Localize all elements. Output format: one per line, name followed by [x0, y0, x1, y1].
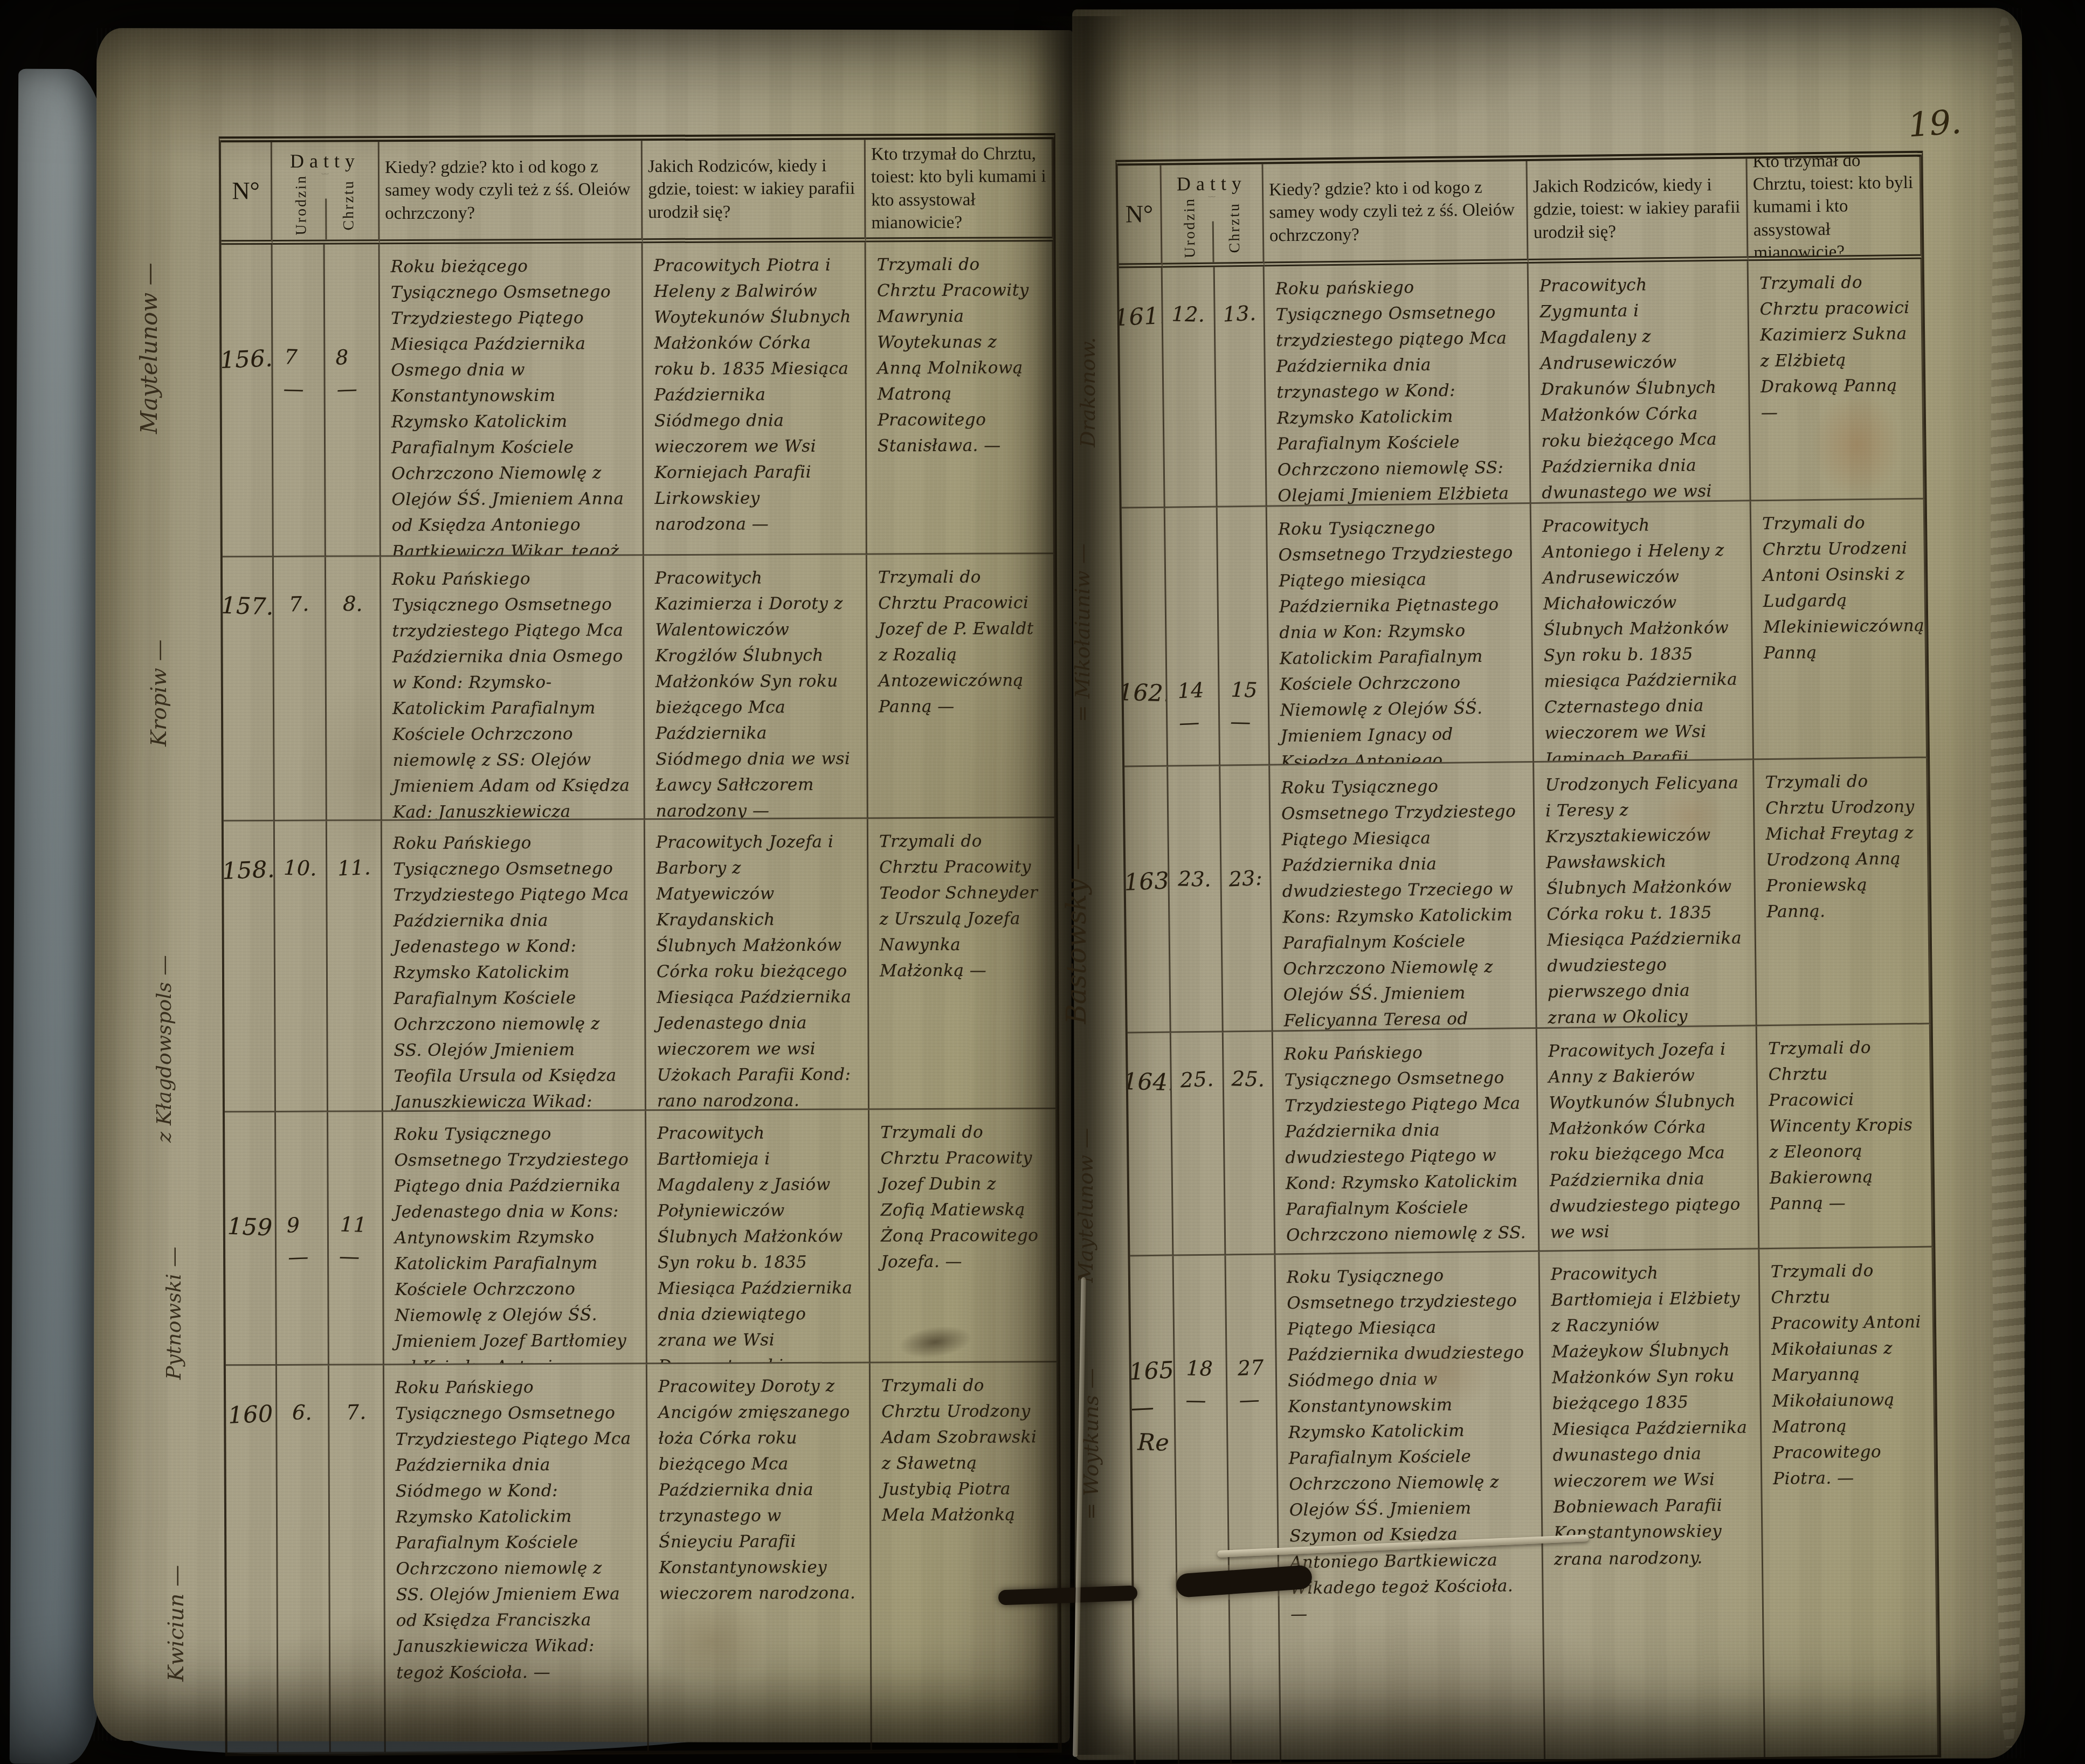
baptism-text-cell: Roku Tysiącznego Osmsetnego Trzydziesteg… — [1270, 763, 1537, 1032]
godparents-text-cell: Trzymali do Chrztu pracowici Kazimierz S… — [1749, 259, 1925, 502]
gutter-note: Maytelunow — — [1074, 1128, 1097, 1283]
chrztu-label: Chrztu — [1226, 202, 1244, 253]
margin-note: Kropiw — — [147, 640, 171, 746]
godparents-text-cell: Trzymali do Chrztu Urodzeni Antoni Osins… — [1751, 500, 1928, 760]
header-datty: Datty Urodzin Chrztu — [1162, 164, 1265, 268]
datty-label: Datty — [290, 149, 360, 172]
birth-date-cell: 18— — [1173, 1255, 1232, 1764]
baptism-date-cell: 8— — [325, 244, 381, 557]
scanned-register-spread: N° Datty Urodzin Chrztu Kiedy? gdzie? kt… — [0, 0, 2085, 1764]
no-header-label: N° — [232, 175, 260, 207]
baptism-text-cell: Roku Pańskiego Tysiącznego Osmsetnego Tr… — [384, 1364, 649, 1753]
godparents-text-cell: Trzymali do Chrztu Pracowity Teodor Schn… — [868, 818, 1057, 1110]
subcolumn-divider — [325, 199, 327, 240]
right-register-table: N° Datty Urodzin Chrztu Kiedy? gdzie? kt… — [1115, 151, 1941, 1764]
birth-date-cell: 9— — [276, 1112, 329, 1366]
datty-label: Datty — [1177, 172, 1247, 195]
chrztu-label: Chrztu — [340, 179, 357, 230]
header-godparents: Kto trzymał do Chrztu, toiest: kto byli … — [1747, 157, 1922, 261]
godparents-header-label: Kto trzymał do Chrztu, toiest: kto byli … — [871, 142, 1047, 234]
entry-number: 157. — [223, 557, 275, 821]
baptism-date-cell: 13. — [1215, 267, 1267, 508]
entry-number: 156. — [222, 245, 274, 557]
header-baptism: Kiedy? gdzie? kto i od kogo z samey wody… — [379, 141, 643, 244]
entry-number: 163 — [1124, 767, 1171, 1034]
urodzin-label: Urodzin — [293, 175, 310, 236]
entry-note: Re — [1137, 1425, 1169, 1462]
margin-note: Maytelunow — — [136, 262, 162, 434]
baptism-text-cell: Roku Pańskiego Tysiącznego Osmsetnego Tr… — [382, 820, 646, 1112]
header-parents: Jakich Rodziców, kiedy i gdzie, toiest: … — [643, 140, 866, 244]
baptism-text-cell: Roku Tysiącznego Osmsetnego Trzydziesteg… — [383, 1111, 647, 1365]
margin-note: z Kłagdowspols — — [152, 955, 176, 1143]
folio-number: 19. — [1907, 102, 1963, 145]
birth-date-cell: 12. — [1163, 267, 1218, 508]
parents-text-cell: Pracowitych Jozefa i Barbory z Matyewicz… — [645, 819, 869, 1111]
baptism-date-cell: 23: — [1220, 765, 1273, 1032]
parents-text-cell: Pracowitych Jozefa i Anny z Bakierów Woy… — [1537, 1026, 1760, 1252]
baptism-text-cell: Roku Pańskiego Tysiącznego Osmsetnego tr… — [381, 556, 645, 821]
baptism-date-cell: 11. — [327, 821, 383, 1112]
birth-date-cell: 7. — [274, 557, 327, 821]
parents-text-cell: Pracowitych Kazimierza i Doroty z Walent… — [644, 555, 868, 820]
parents-text-cell: Pracowitey Doroty z Ancigów zmięszanego … — [647, 1364, 872, 1753]
birth-date-cell: 7— — [273, 245, 326, 557]
margin-note: Kwiciun — — [164, 1565, 189, 1682]
gutter-note: Drakonow. — [1076, 337, 1100, 447]
baptism-text-cell: Roku Tysiącznego Osmsetnego trzydziesteg… — [1275, 1252, 1545, 1764]
header-no: N° — [221, 142, 273, 245]
baptism-date-cell: 8. — [326, 557, 382, 821]
frayed-page-edge — [1990, 17, 2028, 1747]
left-page: N° Datty Urodzin Chrztu Kiedy? gdzie? kt… — [93, 28, 1074, 1743]
entry-number: 160 — [226, 1366, 279, 1754]
birth-date-cell: 25. — [1171, 1032, 1226, 1256]
parents-text-cell: Pracowitych Piotra i Heleny z Balwirów W… — [643, 243, 867, 556]
baptism-text-cell: Roku Pańskiego Tysiącznego Osmsetnego Tr… — [1273, 1029, 1540, 1255]
baptism-date-cell: 11— — [328, 1112, 384, 1365]
birth-date-cell: 23. — [1168, 766, 1224, 1033]
header-parents: Jakich Rodziców, kiedy i gdzie, toiest: … — [1527, 158, 1748, 264]
parents-header-label: Jakich Rodziców, kiedy i gdzie, toiest: … — [648, 155, 859, 224]
parents-text-cell: Urodzonych Felicyana i Teresy z Krzyszta… — [1534, 760, 1757, 1029]
entry-number: 158. — [224, 821, 276, 1112]
parents-text-cell: Pracowitych Bartłomieja i Magdaleny z Ja… — [646, 1110, 871, 1365]
header-baptism: Kiedy? gdzie? kto i od kogo z samey wody… — [1263, 161, 1528, 267]
right-page: N° Datty Urodzin Chrztu Kiedy? gdzie? kt… — [1072, 8, 2025, 1760]
entry-number: 161. — [1119, 268, 1165, 509]
entry-number: 164. — [1128, 1033, 1174, 1257]
entry-number: 165— Re — [1130, 1256, 1179, 1764]
left-register-table: N° Datty Urodzin Chrztu Kiedy? gdzie? kt… — [219, 133, 1062, 1756]
godparents-text-cell: Trzymali do Chrztu Urodzony Michał Freyt… — [1754, 758, 1931, 1027]
baptism-date-cell: 7. — [329, 1365, 386, 1753]
godparents-text-cell: Trzymali do Chrztu Pracowici Wincenty Kr… — [1757, 1025, 1934, 1250]
parents-text-cell: Pracowitych Bartłomieja i Elżbiety z Rac… — [1539, 1249, 1765, 1761]
urodzin-label: Urodzin — [1181, 197, 1199, 258]
baptism-date-cell: 27— — [1226, 1255, 1281, 1764]
gutter-note: = Mikołaiuniw — — [1071, 543, 1094, 722]
godparents-text-cell: Trzymali do Chrztu Pracowity Jozef Dubin… — [869, 1109, 1058, 1363]
baptism-date-cell: 15— — [1218, 507, 1270, 766]
gutter-note: Bastowsky — — [1061, 843, 1092, 1024]
entry-number: 159 — [225, 1112, 277, 1366]
header-datty: Datty Urodzin Chrztu — [272, 142, 380, 245]
entry-number: 162. — [1122, 508, 1168, 767]
header-no: N° — [1118, 165, 1163, 268]
header-godparents: Kto trzymał do Chrztu, toiest: kto byli … — [866, 139, 1054, 242]
baptism-header-label: Kiedy? gdzie? kto i od kogo z samey wody… — [1269, 176, 1521, 247]
parents-text-cell: Pracowitych Antoniego i Heleny z Andruse… — [1531, 501, 1754, 763]
margin-note: Pytnowski — — [162, 1247, 185, 1380]
no-header-label: N° — [1125, 198, 1153, 230]
birth-date-cell: 6. — [277, 1366, 331, 1754]
birth-date-cell: 10. — [275, 821, 328, 1112]
godparents-header-label: Kto trzymał do Chrztu, toiest: kto byli … — [1752, 157, 1915, 261]
baptism-text-cell: Roku bieżącego Tysiącznego Osmsetnego Tr… — [380, 243, 644, 557]
godparents-text-cell: Trzymali do Chrztu Pracowici Jozef de P.… — [867, 554, 1056, 819]
baptism-text-cell: Roku Tysiącznego Osmsetnego Trzydziesteg… — [1267, 504, 1534, 766]
baptism-date-cell: 25. — [1224, 1032, 1276, 1255]
parents-header-label: Jakich Rodziców, kiedy i gdzie, toiest: … — [1533, 174, 1741, 244]
birth-date-cell: 14— — [1165, 508, 1220, 767]
godparents-text-cell: Trzymali do Chrztu Urodzony Adam Szobraw… — [871, 1362, 1060, 1751]
godparents-text-cell: Trzymali do Chrztu Pracowity Antoni Miko… — [1759, 1248, 1939, 1759]
godparents-text-cell: Trzymali do Chrztu Pracowity Mawrynia Wo… — [866, 241, 1055, 555]
parents-text-cell: Pracowitych Zygmunta i Magdaleny z Andru… — [1529, 261, 1751, 504]
baptism-text-cell: Roku pańskiego Tysiącznego Osmsetnego tr… — [1265, 264, 1531, 507]
baptism-header-label: Kiedy? gdzie? kto i od kogo z samey wody… — [385, 155, 636, 225]
